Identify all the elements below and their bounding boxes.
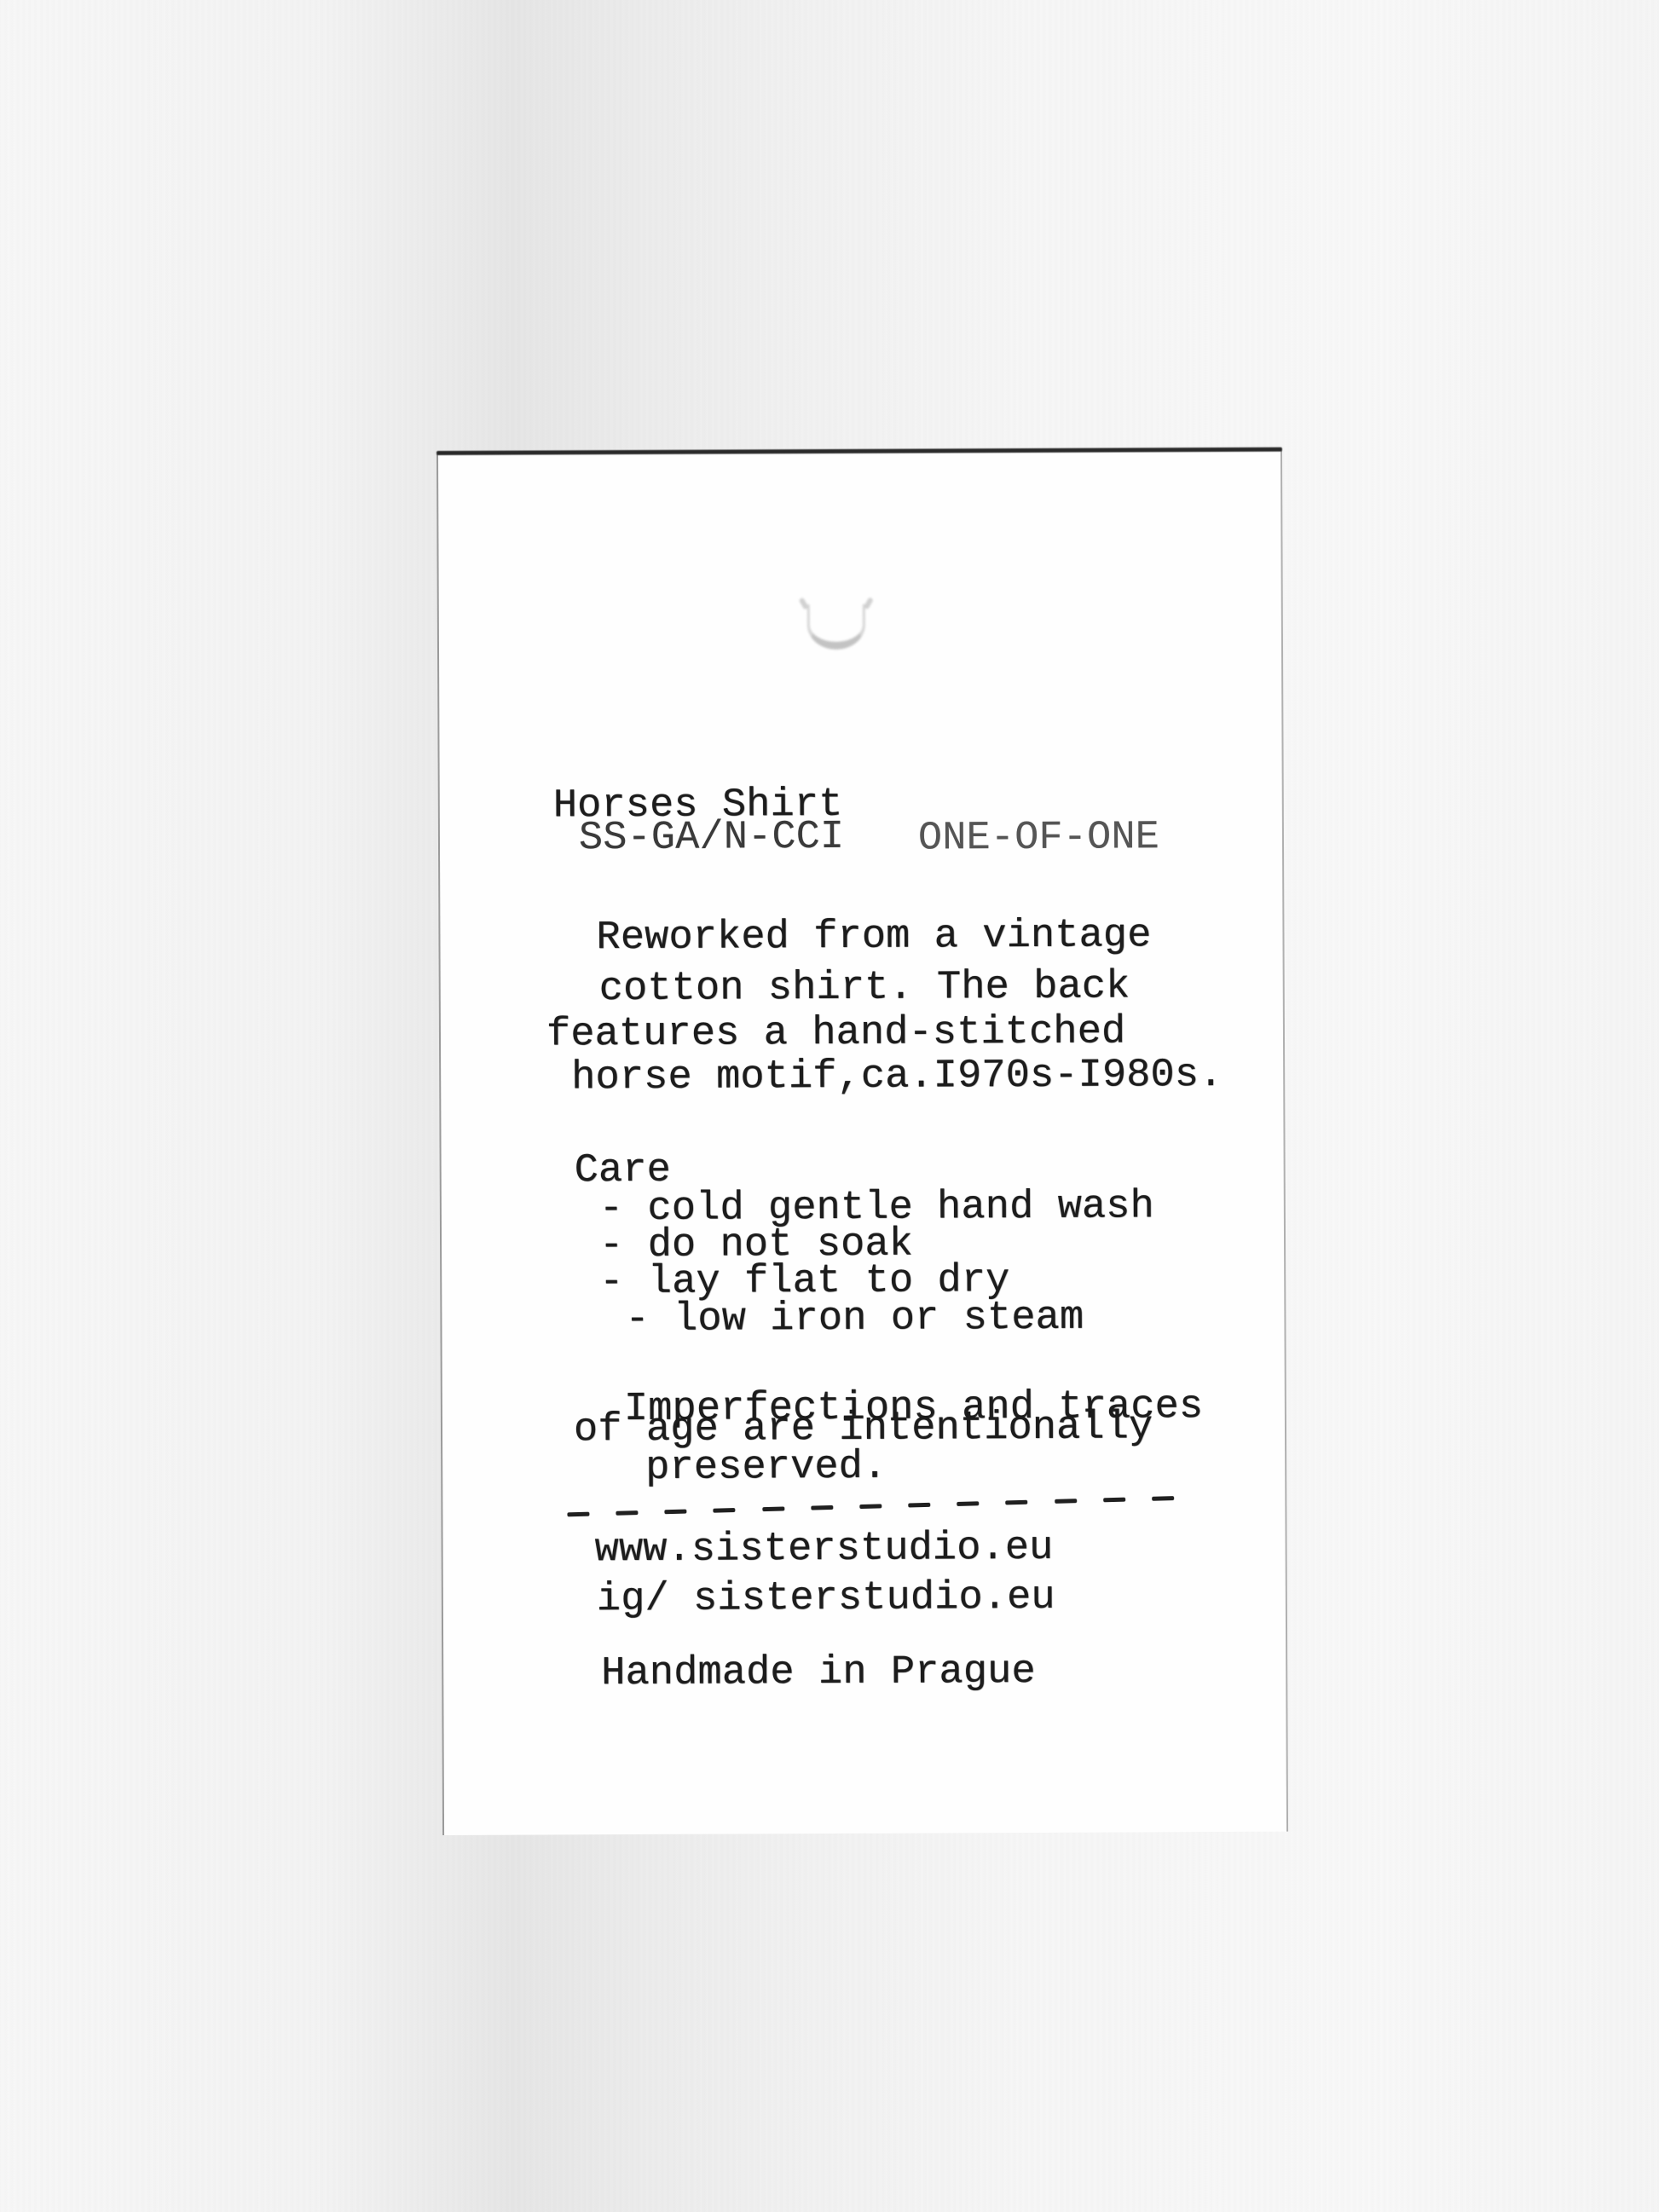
divider-dash	[616, 1510, 638, 1516]
punch-hole-icon	[807, 604, 865, 650]
note-line-2: of age are intentionally	[574, 1407, 1153, 1450]
hang-tag: Horses Shirt SS-GA/N-CCI ONE-OF-ONE Rewo…	[436, 451, 1288, 1835]
divider-dash	[908, 1502, 930, 1507]
description-line-3: features a hand-stitched	[546, 1012, 1126, 1054]
divider-dash	[1103, 1497, 1125, 1502]
care-heading: Care	[575, 1151, 671, 1191]
divider-dash	[1152, 1496, 1174, 1501]
divider-dash	[1055, 1499, 1077, 1504]
product-sku: SS-GA/N-CCI	[579, 817, 845, 858]
description-line-4: horse motif,ca.I970s-I980s.	[571, 1055, 1223, 1098]
website-link[interactable]: www.sisterstudio.eu	[595, 1528, 1054, 1570]
divider-dash	[762, 1506, 784, 1511]
dashed-divider	[567, 1494, 1174, 1517]
divider-dash	[957, 1501, 979, 1506]
divider-dash	[665, 1509, 687, 1514]
description-line-2: cotton shirt. The back	[599, 967, 1130, 1009]
divider-dash	[567, 1511, 589, 1516]
divider-dash	[811, 1505, 833, 1510]
description-line-1: Reworked from a vintage	[596, 915, 1151, 958]
instagram-handle[interactable]: ig/ sisterstudio.eu	[597, 1578, 1055, 1620]
divider-dash	[714, 1508, 736, 1513]
care-item-4: - low iron or steam	[625, 1298, 1084, 1340]
note-line-3: preserved.	[645, 1447, 887, 1488]
divider-dash	[1006, 1499, 1028, 1505]
edition-label: ONE-OF-ONE	[918, 817, 1159, 858]
origin-label: Handmade in Prague	[601, 1652, 1036, 1694]
divider-dash	[859, 1504, 882, 1509]
